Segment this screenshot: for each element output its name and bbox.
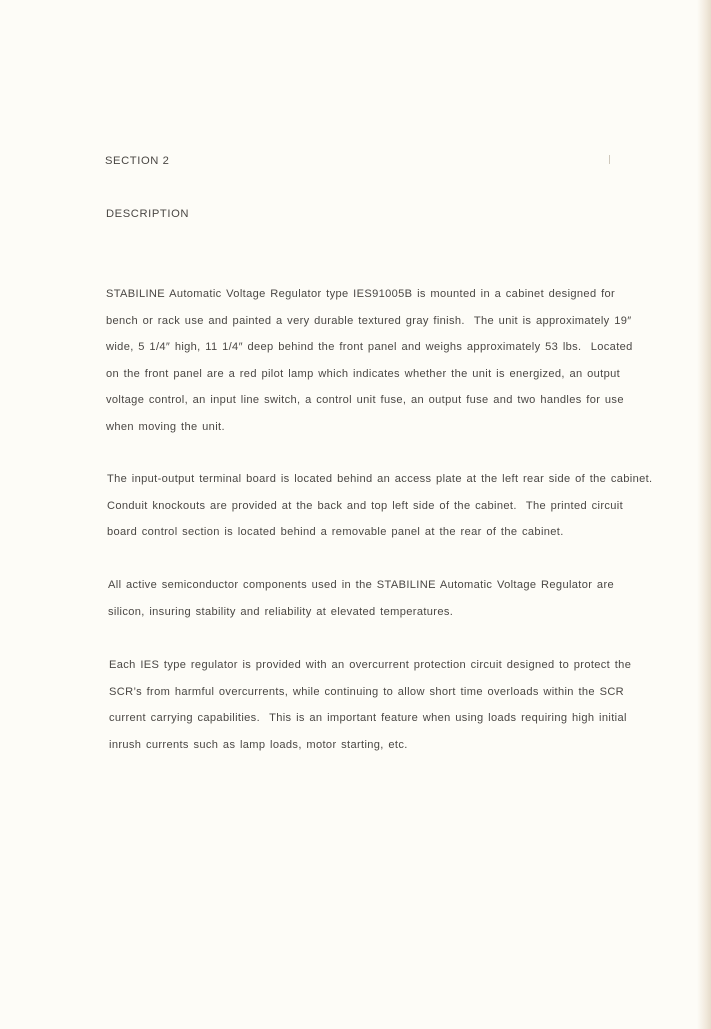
paragraph-line: board control section is located behind … [107,519,653,546]
paragraph-line: Conduit knockouts are provided at the ba… [107,493,653,520]
paragraph-line: when moving the unit. [106,414,633,441]
paragraph-terminal-board: The input-output terminal board is locat… [107,466,653,546]
paragraph-line: voltage control, an input line switch, a… [106,387,633,414]
paragraph-line: All active semiconductor components used… [108,572,614,599]
section-number-heading: SECTION 2 [105,155,169,167]
paragraph-line: on the front panel are a red pilot lamp … [106,361,633,388]
paper-speck [609,155,610,164]
paragraph-line: SCR’s from harmful overcurrents, while c… [109,679,631,706]
paragraph-line: The input-output terminal board is locat… [107,466,653,493]
paragraph-line: silicon, insuring stability and reliabil… [108,599,614,626]
page-edge-shadow [697,0,711,1029]
paragraph-line: wide, 5 1/4″ high, 11 1/4″ deep behind t… [106,334,633,361]
paragraph-line: current carrying capabilities. This is a… [109,705,631,732]
paragraph-line: inrush currents such as lamp loads, moto… [109,732,631,759]
paragraph-semiconductors: All active semiconductor components used… [108,572,614,625]
paragraph-overcurrent-protection: Each IES type regulator is provided with… [109,652,631,758]
paragraph-line: STABILINE Automatic Voltage Regulator ty… [106,281,633,308]
paragraph-line: bench or rack use and painted a very dur… [106,308,633,335]
paragraph-line: Each IES type regulator is provided with… [109,652,631,679]
section-title-heading: DESCRIPTION [106,208,189,220]
paragraph-cabinet-description: STABILINE Automatic Voltage Regulator ty… [106,281,633,440]
